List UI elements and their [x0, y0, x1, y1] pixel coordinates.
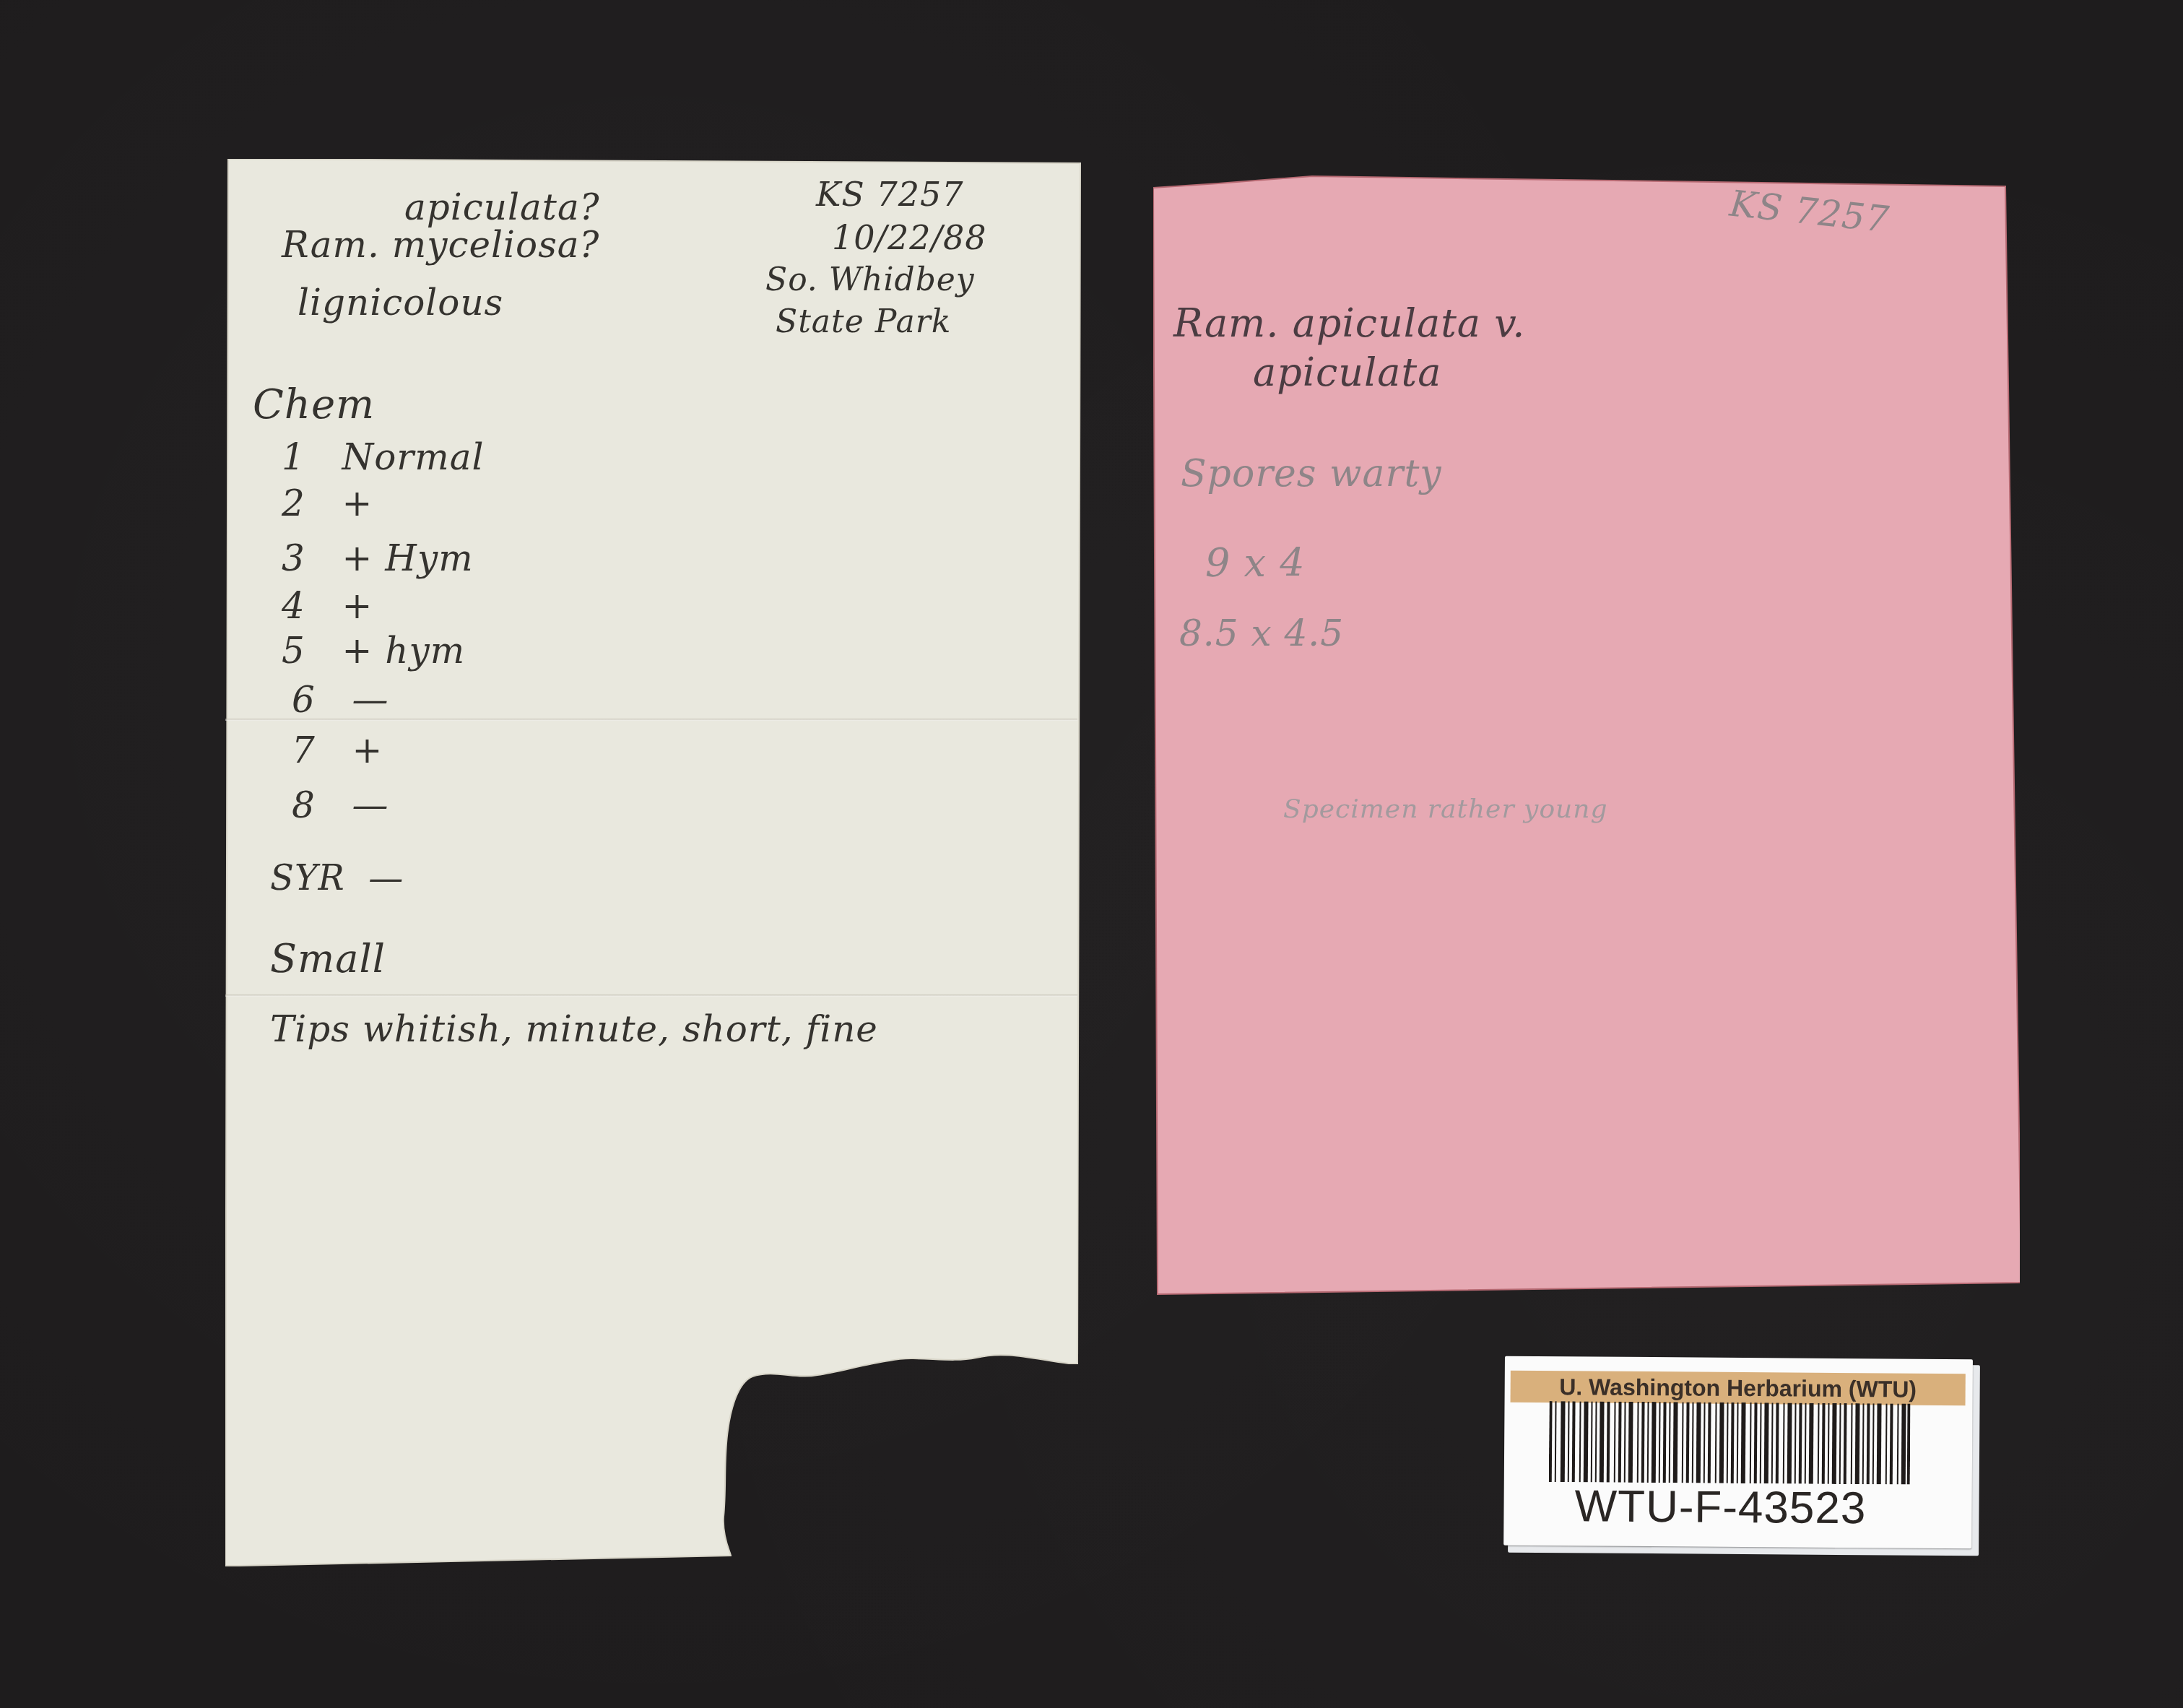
- chem-test-row: 1 Normal: [282, 436, 484, 478]
- collection-date: 10/22/88: [832, 218, 987, 257]
- spore-measurement-1: 9 x 4: [1205, 540, 1306, 586]
- header-species-guess: apiculata?: [404, 186, 600, 228]
- barcode-icon: [1549, 1401, 1911, 1484]
- locality-line-2: State Park: [776, 303, 951, 340]
- left-note-paper: apiculata? Ram. myceliosa? lignicolous K…: [225, 159, 1083, 1567]
- chem-test-row: 3 + Hym: [282, 537, 474, 579]
- collection-number: KS 7257: [816, 175, 964, 214]
- spore-measurement-2: 8.5 x 4.5: [1179, 612, 1344, 654]
- chem-heading: Chem: [253, 381, 375, 428]
- chem-test-row: 7 +: [292, 729, 383, 771]
- chem-test-row: 6 —: [292, 679, 389, 721]
- spores-note: Spores warty: [1181, 452, 1442, 495]
- header-genus-line: Ram. myceliosa?: [282, 224, 599, 266]
- locality-line-1: So. Whidbey: [765, 261, 975, 298]
- specimen-note: Specimen rather young: [1283, 794, 1607, 824]
- tips-note: Tips whitish, minute, short, fine: [270, 1008, 878, 1050]
- label-institution-header: U. Washington Herbarium (WTU): [1511, 1371, 1966, 1405]
- determination-line-1: Ram. apiculata v.: [1173, 300, 1525, 346]
- determination-line-2: apiculata: [1253, 350, 1441, 395]
- header-habitat: lignicolous: [298, 282, 503, 324]
- chem-test-row: 5 + hym: [282, 630, 465, 672]
- barcode-id-text: WTU-F-43523: [1503, 1481, 1937, 1535]
- chem-test-row: 8 —: [292, 784, 389, 826]
- label-sticker: U. Washington Herbarium (WTU): [1503, 1356, 1973, 1549]
- right-note-paper: KS 7257 Ram. apiculata v. apiculata Spor…: [1153, 173, 2020, 1300]
- chem-test-row: 4 +: [282, 585, 373, 627]
- size-note: Small: [270, 936, 386, 981]
- fold-crease: [225, 994, 1077, 997]
- herbarium-barcode-label: U. Washington Herbarium (WTU): [1503, 1356, 1983, 1561]
- chem-test-row: 2 +: [282, 482, 373, 524]
- chem-test-row: SYR —: [270, 858, 404, 898]
